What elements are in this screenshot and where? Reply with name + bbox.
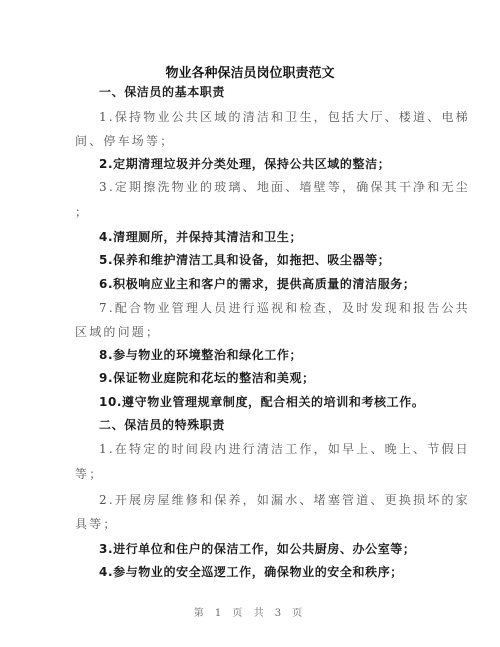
list-item-line: 1.在特定的时间段内进行清洁工作，如早上、晚上、节假日 <box>99 442 470 456</box>
section-heading: 一、保洁员的基本职责 <box>99 85 225 99</box>
list-item-line: 1.保持物业公共区域的清洁和卫生，包括大厅、楼道、电梯 <box>99 110 470 124</box>
list-item-line: 7.配合物业管理人员进行巡视和检查，及时发现和报告公共 <box>99 301 470 315</box>
page-number-footer: 第 1 页 共 3 页 <box>0 604 500 619</box>
list-item-line: 4.清理厕所，并保持其清洁和卫生； <box>99 230 302 244</box>
list-item-line: 间、停车场等； <box>75 134 174 148</box>
list-item-line: 10.遵守物业管理规章制度，配合相关的培训和考核工作。 <box>99 395 424 409</box>
list-item-line: 3.进行单位和住户的保洁工作，如公共厨房、办公室等； <box>99 542 416 556</box>
list-item-line: 具等； <box>75 517 118 531</box>
list-item-line: 8.参与物业的环境整治和绿化工作； <box>99 348 302 362</box>
list-item-line: ； <box>75 205 89 219</box>
list-item-line: 区域的问题； <box>75 325 160 339</box>
document-page: 物业各种保洁员岗位职责范文 一、保洁员的基本职责 1.保持物业公共区域的清洁和卫… <box>0 0 500 647</box>
list-item-line: 3.定期擦洗物业的玻璃、地面、墙壁等，确保其干净和无尘 <box>99 180 470 194</box>
list-item-line: 等； <box>75 467 103 481</box>
document-title: 物业各种保洁员岗位职责范文 <box>0 62 500 81</box>
list-item-line: 4.参与物业的安全巡逻工作，确保物业的安全和秩序； <box>99 565 403 579</box>
list-item-line: 2.开展房屋维修和保养，如漏水、堵塞管道、更换损坏的家 <box>99 493 470 507</box>
list-item-line: 9.保证物业庭院和花坛的整洁和美观； <box>99 371 315 385</box>
list-item-line: 2.定期清理垃圾并分类处理，保持公共区域的整洁； <box>99 157 390 171</box>
list-item-line: 6.积极响应业主和客户的需求，提供高质量的清洁服务； <box>99 277 416 291</box>
section-heading: 二、保洁员的特殊职责 <box>99 418 225 432</box>
list-item-line: 5.保养和维护清洁工具和设备，如拖把、吸尘器等； <box>99 253 390 267</box>
